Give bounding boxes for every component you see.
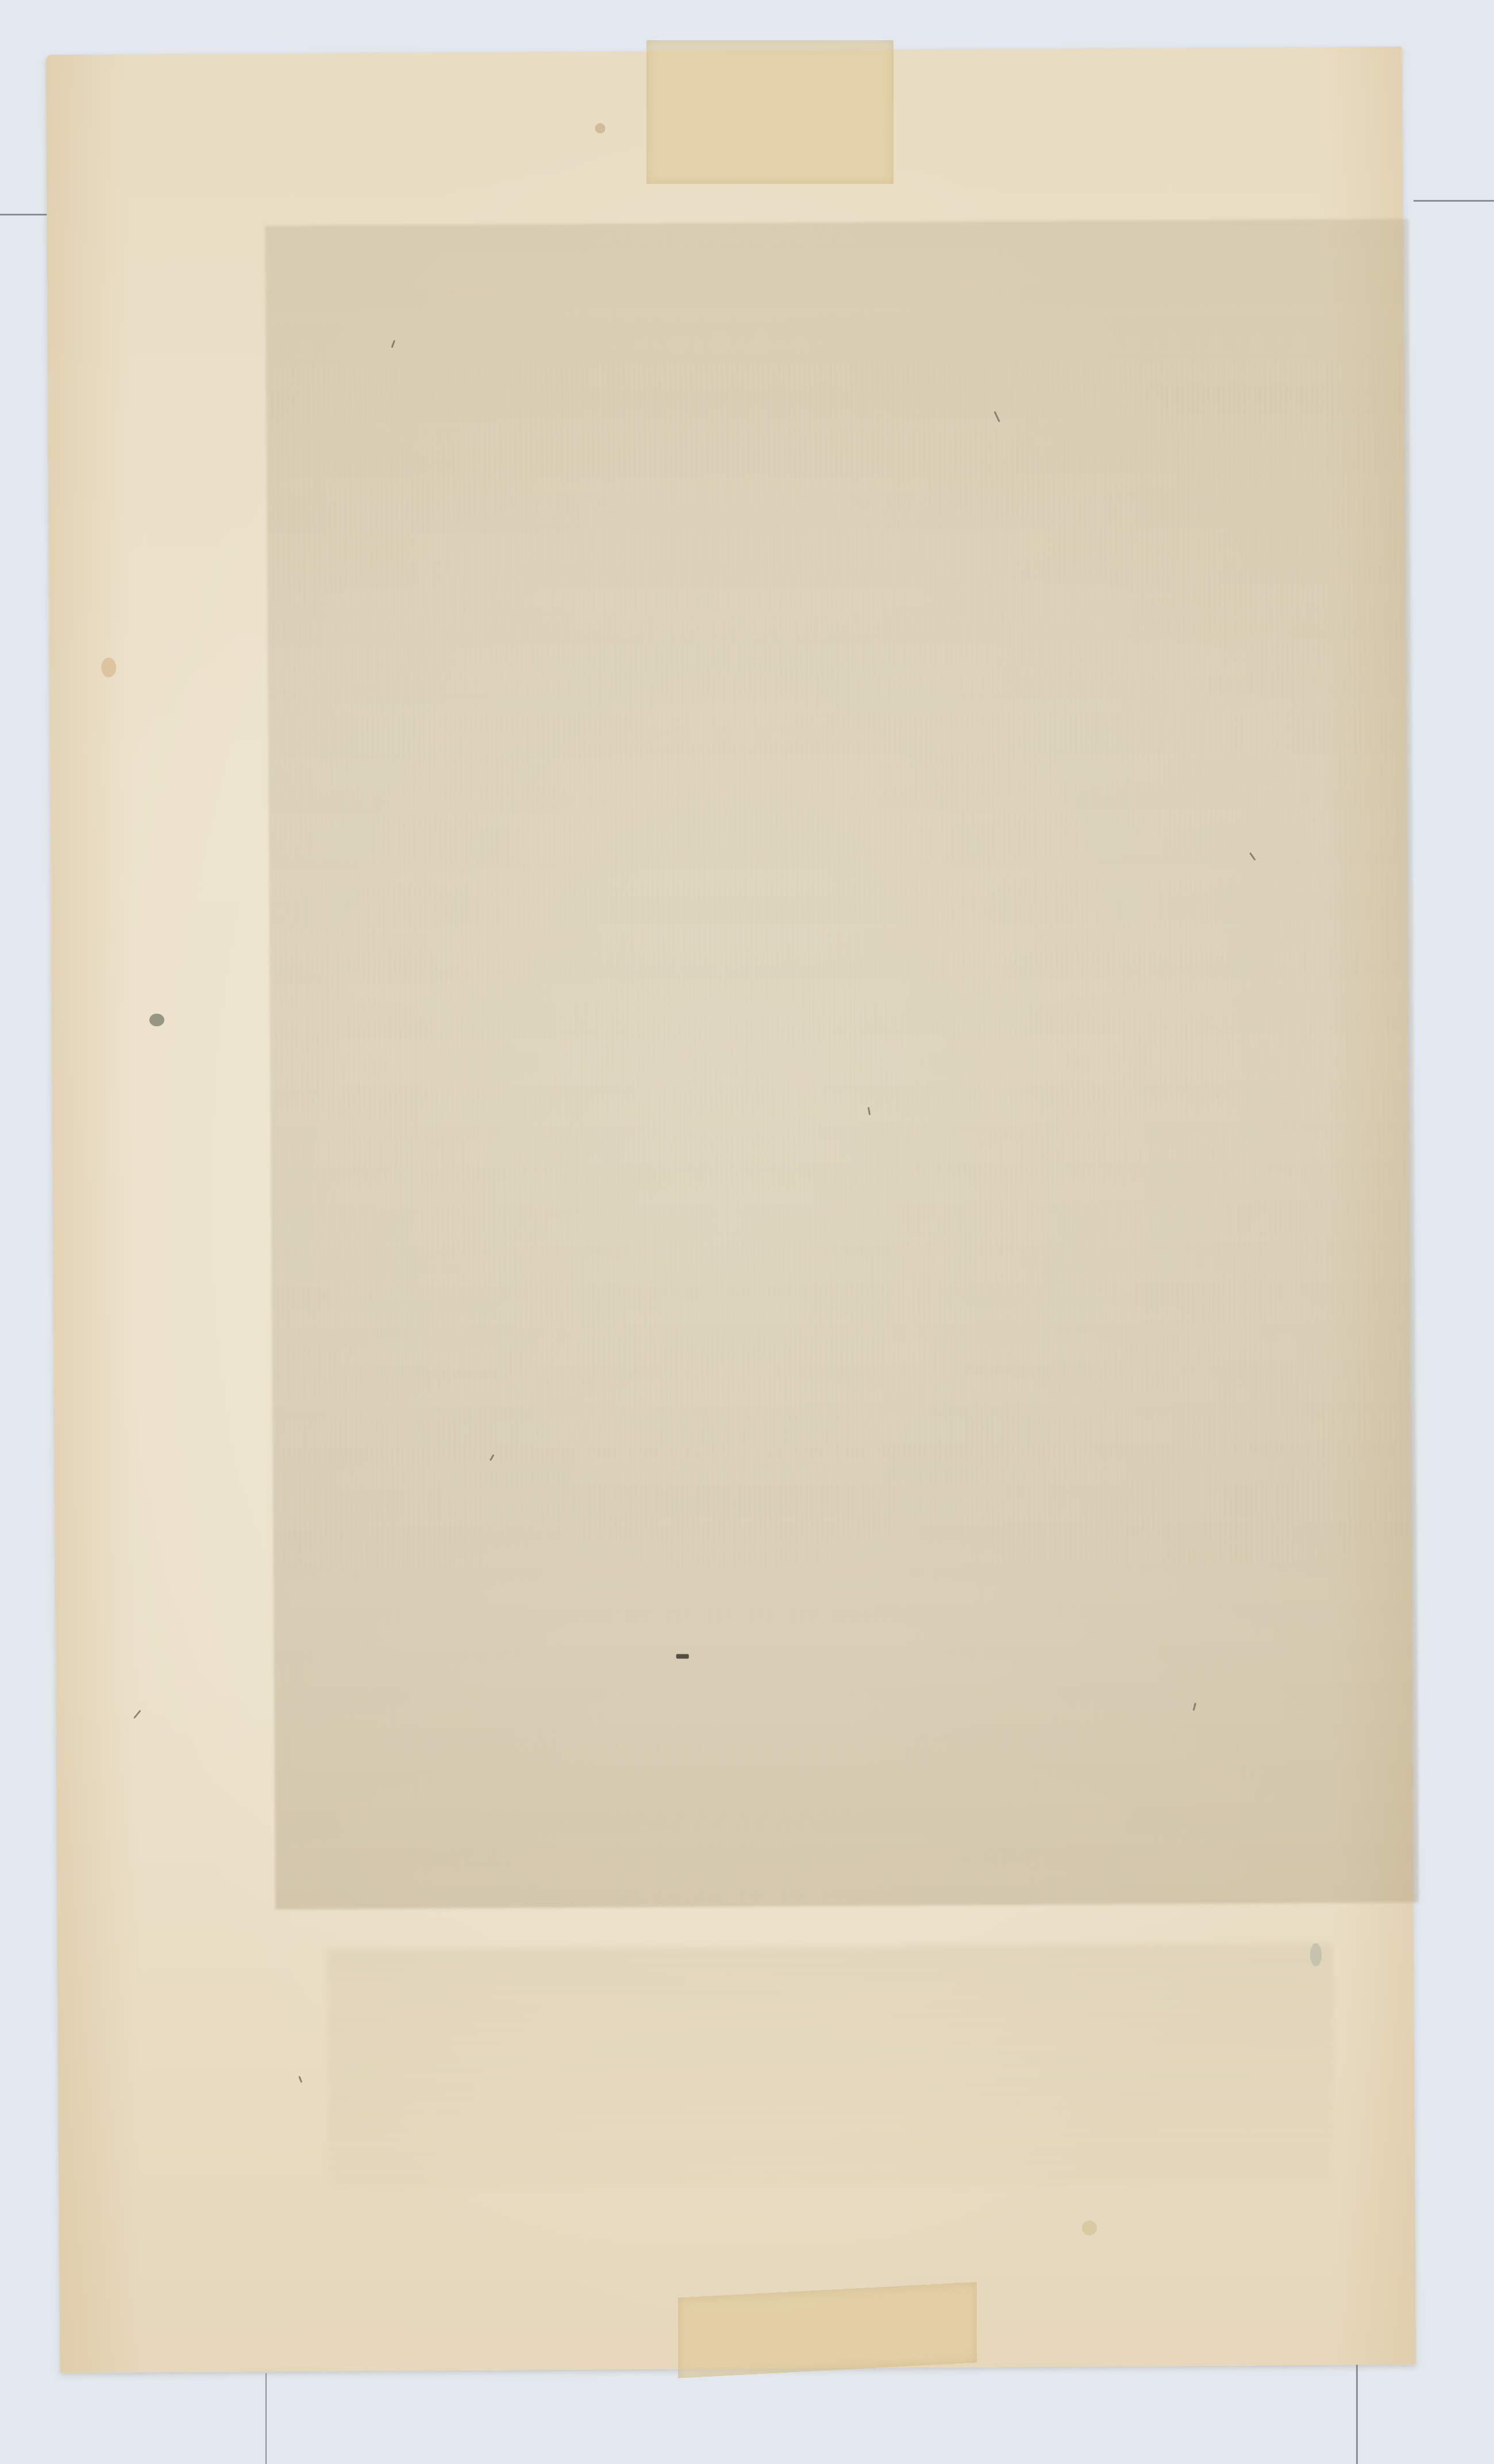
stain	[1082, 2220, 1097, 2235]
tape-strip-top	[646, 40, 894, 184]
paper-sheet	[46, 47, 1416, 2373]
tape-strip-bottom	[678, 2282, 977, 2378]
paper-fiber	[298, 2076, 302, 2082]
guide-line-bottom-right	[1356, 2362, 1358, 2464]
foxing-spot	[101, 658, 116, 677]
ink-spot	[149, 1014, 164, 1026]
stain	[1310, 1943, 1322, 1966]
guide-line-left	[0, 214, 53, 215]
paper-fiber	[133, 1710, 141, 1719]
foxing-spot	[595, 123, 605, 133]
guide-line-right	[1414, 200, 1494, 202]
caption-showthrough	[328, 1943, 1335, 2191]
ink-spot	[676, 1654, 689, 1658]
guide-line-bottom-left	[265, 2373, 267, 2464]
print-showthrough	[265, 219, 1419, 1909]
